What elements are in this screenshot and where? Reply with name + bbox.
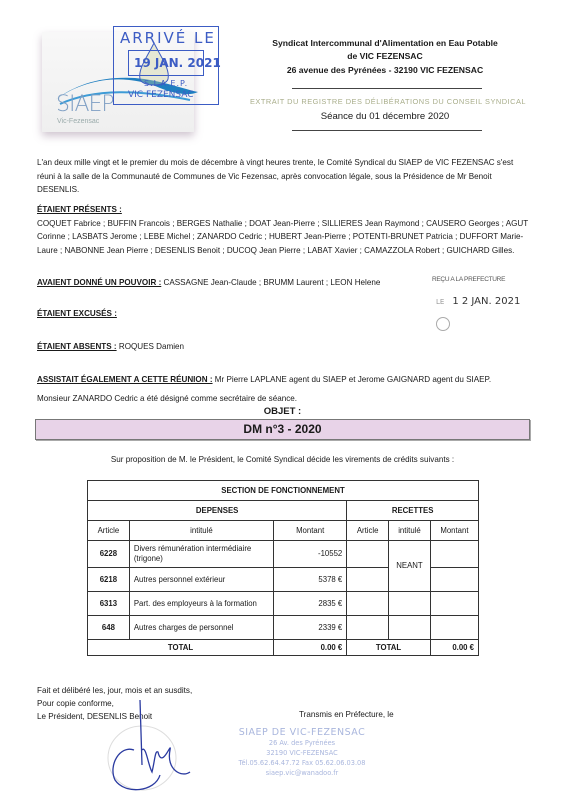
table-row: 6313 Part. des employeurs à la formation… (88, 592, 479, 616)
total-recettes-label: TOTAL (347, 640, 431, 656)
pouvoir-section: AVAIENT DONNÉ UN POUVOIR : CASSAGNE Jean… (37, 276, 417, 290)
article-cell: 6313 (88, 592, 130, 616)
proposition-text: Sur proposition de M. le Président, le C… (0, 455, 565, 464)
signature-icon (100, 690, 210, 800)
pouvoir-label: AVAIENT DONNÉ UN POUVOIR : (37, 278, 161, 287)
assistait-section: ASSISTAIT ÉGALEMENT A CETTE RÉUNION : Mr… (37, 373, 529, 387)
prefecture-seal-icon (436, 317, 450, 331)
intro-paragraph: L'an deux mille vingt et le premier du m… (37, 156, 529, 197)
stamp-date: 19 JAN. 2021 (134, 56, 221, 70)
section-header: SECTION DE FONCTIONNEMENT (88, 481, 479, 501)
col-header: Montant (274, 521, 347, 541)
assistait-text: Mr Pierre LAPLANE agent du SIAEP et Jero… (215, 375, 491, 384)
extrait-title: EXTRAIT DU REGISTRE DES DÉLIBÉRATIONS DU… (218, 97, 558, 106)
recettes-montant-cell (430, 616, 478, 640)
presents-section: ÉTAIENT PRÉSENTS : COQUET Fabrice ; BUFF… (37, 203, 529, 257)
total-depenses-value: 0.00 € (274, 640, 347, 656)
depenses-header: DEPENSES (88, 501, 347, 521)
pouvoir-list: CASSAGNE Jean-Claude ; BRUMM Laurent ; L… (164, 278, 381, 287)
recettes-intitule-cell (389, 592, 431, 616)
recettes-montant-cell (430, 541, 478, 568)
recettes-article-cell (347, 616, 389, 640)
presents-list: COQUET Fabrice ; BUFFIN Francois ; BERGE… (37, 217, 529, 258)
col-header: Article (347, 521, 389, 541)
credits-transfer-table: SECTION DE FONCTIONNEMENT DEPENSES RECET… (87, 480, 479, 656)
logo-subtitle: Vic-Fezensac (57, 118, 99, 125)
recettes-intitule-cell: NEANT (389, 541, 431, 592)
recettes-montant-cell (430, 568, 478, 592)
objet-label: OBJET : (0, 406, 565, 417)
prefecture-stamp-date-line: LE1 2 JAN. 2021 (436, 296, 520, 307)
montant-cell: 5378 € (274, 568, 347, 592)
total-recettes-value: 0.00 € (430, 640, 478, 656)
logo-name: SIAEP (56, 92, 114, 117)
objet-title: DM n°3 - 2020 (35, 419, 530, 440)
total-row: TOTAL 0.00 € TOTAL 0.00 € (88, 640, 479, 656)
intitule-cell: Part. des employeurs à la formation (129, 592, 273, 616)
recettes-montant-cell (430, 592, 478, 616)
recettes-article-cell (347, 541, 389, 568)
presents-label: ÉTAIENT PRÉSENTS : (37, 203, 529, 217)
article-cell: 648 (88, 616, 130, 640)
article-cell: 6228 (88, 541, 130, 568)
stamp-title: ARRIVÉ LE (120, 29, 216, 47)
header-divider-bottom (292, 130, 482, 131)
stamp-org-line2: VIC FEZENSAC (128, 90, 194, 100)
siaep-stamp-line4: Tél.05.62.64.47.72 Fax 05.62.06.03.08 (232, 758, 372, 768)
col-header: intitulé (129, 521, 273, 541)
montant-cell: 2339 € (274, 616, 347, 640)
siaep-stamp: SIAEP DE VIC-FEZENSAC 26 Av. des Pyrénée… (232, 727, 372, 778)
prefecture-stamp-le: LE (436, 298, 444, 306)
col-header: Article (88, 521, 130, 541)
recettes-header: RECETTES (347, 501, 479, 521)
org-address: 26 avenue des Pyrénées - 32190 VIC FEZEN… (235, 65, 535, 75)
recettes-article-cell (347, 592, 389, 616)
siaep-stamp-line2: 26 Av. des Pyrénées (232, 738, 372, 748)
header-divider-top (292, 88, 482, 89)
recettes-article-cell (347, 568, 389, 592)
col-header: intitulé (389, 521, 431, 541)
excuses-label: ÉTAIENT EXCUSÉS : (37, 309, 117, 318)
siaep-stamp-line3: 32190 VIC-FEZENSAC (232, 748, 372, 758)
org-name-line1: Syndicat Intercommunal d'Alimentation en… (235, 38, 535, 48)
table-row: 6228 Divers rémunération intermédiaire (… (88, 541, 479, 568)
stamp-org-line1: S.I.A.E.P. (144, 79, 188, 88)
seance-date: Séance du 01 décembre 2020 (235, 111, 535, 122)
arrival-stamp: ARRIVÉ LE 19 JAN. 2021 S.I.A.E.P. VIC FE… (113, 26, 219, 105)
col-header: Montant (430, 521, 478, 541)
absents-section: ÉTAIENT ABSENTS : ROQUES Damien (37, 340, 337, 354)
excuses-section: ÉTAIENT EXCUSÉS : (37, 307, 337, 321)
montant-cell: -10552 (274, 541, 347, 568)
absents-label: ÉTAIENT ABSENTS : (37, 342, 117, 351)
recettes-intitule-cell (389, 616, 431, 640)
org-name-line2: de VIC FEZENSAC (235, 51, 535, 61)
table-row: 648 Autres charges de personnel 2339 € (88, 616, 479, 640)
absents-list: ROQUES Damien (119, 342, 184, 351)
article-cell: 6218 (88, 568, 130, 592)
prefecture-stamp-title: REÇU A LA PREFECTURE (432, 276, 505, 283)
intitule-cell: Autres personnel extérieur (129, 568, 273, 592)
intitule-cell: Autres charges de personnel (129, 616, 273, 640)
siaep-stamp-line1: SIAEP DE VIC-FEZENSAC (232, 727, 372, 738)
secretaire-text: Monsieur ZANARDO Cedric a été désigné co… (37, 392, 529, 406)
siaep-stamp-line5: siaep.vic@wanadoo.fr (232, 768, 372, 778)
assistait-label: ASSISTAIT ÉGALEMENT A CETTE RÉUNION : (37, 375, 213, 384)
montant-cell: 2835 € (274, 592, 347, 616)
prefecture-stamp-date: 1 2 JAN. 2021 (452, 296, 520, 307)
intitule-cell: Divers rémunération intermédiaire (trigo… (129, 541, 273, 568)
total-depenses-label: TOTAL (88, 640, 274, 656)
transmis-prefecture: Transmis en Préfecture, le (299, 710, 394, 719)
